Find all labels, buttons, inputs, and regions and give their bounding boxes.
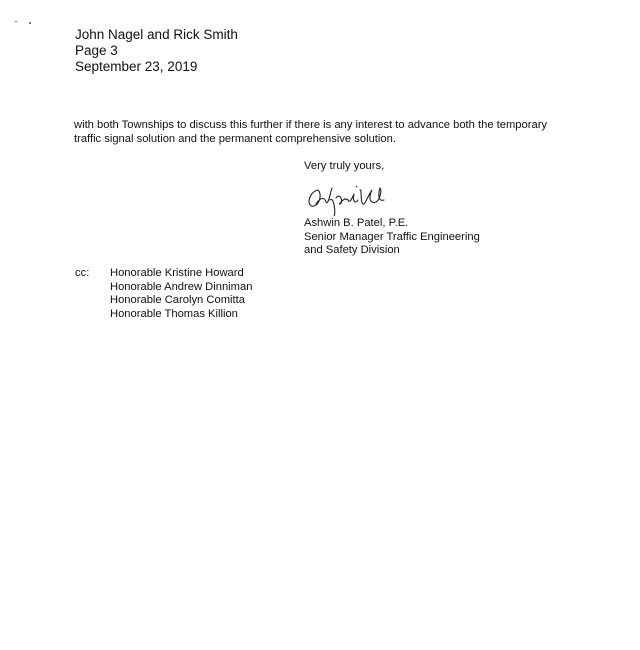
cc-recipient: Honorable Kristine Howard [110, 267, 252, 281]
body-paragraph: with both Townships to discuss this furt… [74, 118, 547, 146]
recipients: John Nagel and Rick Smith [75, 27, 238, 43]
closing: Very truly yours, [304, 160, 384, 172]
signer-name: Ashwin B. Patel, P.E. [304, 217, 480, 231]
cc-recipient: Honorable Carolyn Comitta [110, 294, 252, 308]
cc-list: Honorable Kristine Howard Honorable Andr… [110, 267, 252, 321]
signature-icon [300, 180, 420, 216]
body-line: traffic signal solution and the permanen… [74, 132, 547, 146]
signer-block: Ashwin B. Patel, P.E. Senior Manager Tra… [304, 217, 480, 258]
cc-recipient: Honorable Andrew Dinniman [110, 281, 252, 295]
body-line: with both Townships to discuss this furt… [74, 118, 547, 132]
letter-header: John Nagel and Rick Smith Page 3 Septemb… [75, 27, 238, 75]
page-number: Page 3 [75, 43, 238, 59]
scan-artifact [29, 22, 31, 24]
scan-artifact [15, 21, 17, 22]
cc-recipient: Honorable Thomas Killion [110, 308, 252, 322]
signer-division: and Safety Division [304, 244, 480, 258]
cc-label: cc: [75, 267, 89, 279]
signer-title: Senior Manager Traffic Engineering [304, 231, 480, 245]
letter-date: September 23, 2019 [75, 59, 238, 75]
